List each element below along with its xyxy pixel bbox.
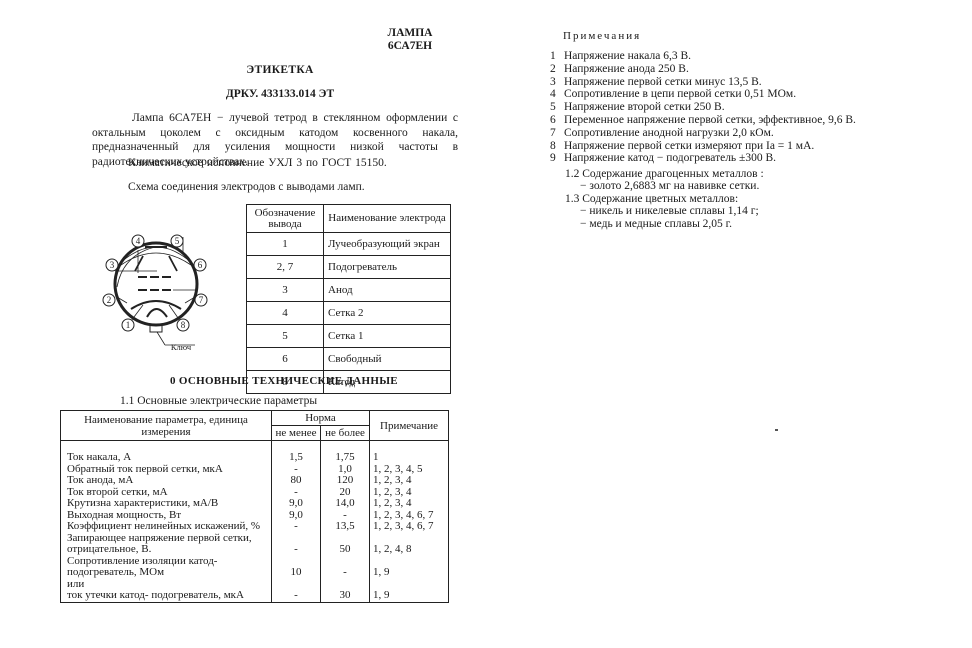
param-max: 13,5 [321,521,370,533]
scheme-caption: Схема соединения электродов с выводами л… [128,181,365,193]
param-header-note: Примечание [370,411,449,441]
pin-8: 8 [177,319,189,331]
note-text: Напряжение первой сетки минус 13,5 В. [564,76,762,89]
param-name: подогреватель, МОм [61,567,272,579]
param-table-row: Ток анода, мА801201, 2, 3, 4 [61,475,449,487]
note-item: 7Сопротивление анодной нагрузки 2,0 кОм. [550,127,910,140]
pin-table-header-pin: Обозначение вывода [247,205,324,233]
param-max: 30 [321,590,370,602]
nonferrous-metal-item: − медь и медные сплавы 2,05 г. [565,218,764,230]
note-item: 4Сопротивление в цепи первой сетки 0,51 … [550,88,910,101]
param-note: 1, 2, 4, 8 [370,544,449,556]
notes-title: Примечания [563,30,641,42]
svg-text:5: 5 [175,236,180,246]
electrode-name: Сетка 2 [324,302,451,325]
nonferrous-metals-title: 1.3 Содержание цветных металлов: [565,193,764,205]
document-title-line1: ЛАМПА [380,27,440,39]
param-max: 120 [321,475,370,487]
note-text: Напряжение первой сетки измеряют при Ia … [564,140,814,153]
pin-number: 6 [247,348,324,371]
param-max: - [321,567,370,579]
note-item: 5Напряжение второй сетки 250 В. [550,101,910,114]
electrode-name: Свободный [324,348,451,371]
param-name: отрицательное, В. [61,544,272,556]
note-number: 8 [550,140,564,153]
param-header-norm: Норма [272,411,370,426]
document-code: ДРКУ. 433133.014 ЭТ [200,88,360,100]
pin-number: 4 [247,302,324,325]
pin-table-row: 6Свободный [247,348,451,371]
svg-text:1: 1 [126,320,131,330]
climate-text: Климатическое исполнение УХЛ 3 по ГОСТ 1… [128,157,387,169]
svg-text:6: 6 [198,260,203,270]
note-text: Напряжение накала 6,3 В. [564,50,691,63]
pin-2: 2 [103,294,115,306]
pin-number: 5 [247,325,324,348]
precious-metals-title: 1.2 Содержание драгоценных металлов : [565,168,764,180]
parameters-table: Наименование параметра, единица измерени… [60,410,449,603]
metals-section: 1.2 Содержание драгоценных металлов : − … [565,168,764,230]
note-text: Переменное напряжение первой сетки, эффе… [564,114,856,127]
param-note: 1, 2, 3, 4 [370,498,449,510]
pin-3: 3 [106,259,118,271]
param-min: 1,5 [272,452,321,464]
pin-table-row: 1Лучеобразующий экран [247,233,451,256]
section-title: 0 ОСНОВНЫЕ ТЕХНИЧЕСКИЕ ДАННЫЕ [170,375,398,387]
note-item: 8Напряжение первой сетки измеряют при Ia… [550,140,910,153]
svg-text:3: 3 [110,260,115,270]
key-label: Ключ [171,342,192,352]
pin-number: 1 [247,233,324,256]
note-number: 9 [550,152,564,165]
param-table-row: Крутизна характеристики, мА/В9,014,01, 2… [61,498,449,510]
pin-table-row: 5Сетка 1 [247,325,451,348]
param-name: ток утечки катод- подогреватель, мкА [61,590,272,602]
param-table-row: отрицательное, В.-501, 2, 4, 8 [61,544,449,556]
tube-pinout-diagram: 4 5 3 6 2 7 1 8 Ключ [95,225,225,360]
pin-4: 4 [132,235,144,247]
scan-artifact [775,429,778,431]
pin-6: 6 [194,259,206,271]
param-header-min: не менее [272,426,321,441]
pin-1: 1 [122,319,134,331]
pin-7: 7 [195,294,207,306]
param-min: 80 [272,475,321,487]
param-min: 10 [272,567,321,579]
param-table-row: ток утечки катод- подогреватель, мкА-301… [61,590,449,602]
pin-table-row: 3Анод [247,279,451,302]
svg-text:2: 2 [107,295,112,305]
param-min: - [272,544,321,556]
note-number: 3 [550,76,564,89]
pin-table-header-electrode: Наименование электрода [324,205,451,233]
param-table-row: Ток накала, А1,51,751 [61,452,449,464]
electrode-name: Лучеобразующий экран [324,233,451,256]
note-text: Сопротивление анодной нагрузки 2,0 кОм. [564,127,774,140]
notes-list: 1Напряжение накала 6,3 В.2Напряжение ано… [550,50,910,165]
electrode-name: Подогреватель [324,256,451,279]
note-text: Напряжение катод − подогреватель ±300 В. [564,152,776,165]
nonferrous-metal-item: − никель и никелевые сплавы 1,14 г; [565,205,764,217]
svg-text:4: 4 [136,236,141,246]
note-number: 5 [550,101,564,114]
param-min: 9,0 [272,498,321,510]
param-note: 1, 2, 3, 4 [370,475,449,487]
param-note: 1, 9 [370,590,449,602]
param-table-row: подогреватель, МОм10-1, 9 [61,567,449,579]
document-title-line2: 6СА7ЕН [380,40,440,52]
pin-number: 2, 7 [247,256,324,279]
param-header-max: не более [321,426,370,441]
param-min: - [272,590,321,602]
param-header-name: Наименование параметра, единица измерени… [61,411,272,441]
electrode-name: Анод [324,279,451,302]
tube-envelope [115,243,197,325]
param-note: 1, 2, 3, 4, 6, 7 [370,521,449,533]
pin-5: 5 [171,235,183,247]
note-text: Напряжение анода 250 В. [564,63,689,76]
param-max: 14,0 [321,498,370,510]
param-note: 1 [370,452,449,464]
note-number: 6 [550,114,564,127]
note-text: Сопротивление в цепи первой сетки 0,51 М… [564,88,796,101]
note-item: 2Напряжение анода 250 В. [550,63,910,76]
param-max: 1,75 [321,452,370,464]
document-type: ЭТИКЕТКА [200,64,360,76]
svg-text:8: 8 [181,320,186,330]
precious-metal-item: − золото 2,6883 мг на навивке сетки. [565,180,764,192]
note-item: 1Напряжение накала 6,3 В. [550,50,910,63]
pin-table-row: 2, 7Подогреватель [247,256,451,279]
param-note: 1, 9 [370,567,449,579]
param-table-row: Коэффициент нелинейных искажений, %-13,5… [61,521,449,533]
param-max: 50 [321,544,370,556]
param-name: Ток накала, А [61,452,272,464]
subsection-title: 1.1 Основные электрические параметры [120,395,317,407]
pin-table: Обозначение вывода Наименование электрод… [246,204,451,394]
note-number: 1 [550,50,564,63]
electrode-name: Сетка 1 [324,325,451,348]
param-name: Коэффициент нелинейных искажений, % [61,521,272,533]
svg-text:7: 7 [199,295,204,305]
note-text: Напряжение второй сетки 250 В. [564,101,725,114]
param-min: - [272,521,321,533]
pin-number: 3 [247,279,324,302]
pin-table-row: 4Сетка 2 [247,302,451,325]
note-number: 2 [550,63,564,76]
note-item: 3Напряжение первой сетки минус 13,5 В. [550,76,910,89]
note-number: 7 [550,127,564,140]
param-name: Крутизна характеристики, мА/В [61,498,272,510]
note-item: 6Переменное напряжение первой сетки, эфф… [550,114,910,127]
note-item: 9Напряжение катод − подогреватель ±300 В… [550,152,910,165]
note-number: 4 [550,88,564,101]
param-name: Ток анода, мА [61,475,272,487]
